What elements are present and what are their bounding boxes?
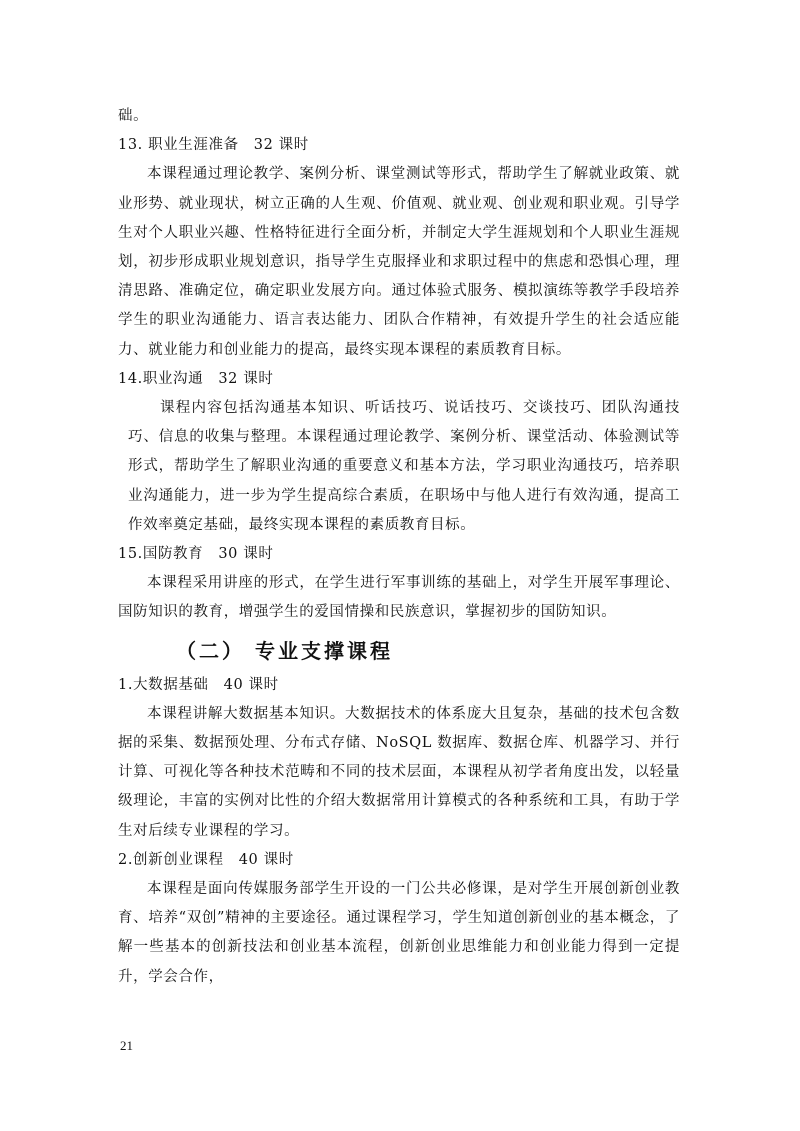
course-description: 本课程采用讲座的形式，在学生进行军事训练的基础上，对学生开展军事理论、国防知识的… xyxy=(118,569,680,627)
course-description: 本课程通过理论教学、案例分析、课堂测试等形式，帮助学生了解就业政策、就业形势、就… xyxy=(118,160,680,364)
course-title: 13. 职业生涯准备 32 课时 xyxy=(118,131,680,160)
continued-text: 础。 xyxy=(118,102,680,131)
course-description: 课程内容包括沟通基本知识、听话技巧、说话技巧、交谈技巧、团队沟通技巧、信息的收集… xyxy=(128,394,680,540)
document-page: 础。 13. 职业生涯准备 32 课时 本课程通过理论教学、案例分析、课堂测试等… xyxy=(0,0,800,1131)
course-title: 2.创新创业课程 40 课时 xyxy=(118,846,680,875)
course-description-block: 课程内容包括沟通基本知识、听话技巧、说话技巧、交谈技巧、团队沟通技巧、信息的收集… xyxy=(118,394,680,540)
course-title: 15.国防教育 30 课时 xyxy=(118,540,680,569)
page-number: 21 xyxy=(120,1038,133,1054)
course-title: 14.职业沟通 32 课时 xyxy=(118,365,680,394)
section-heading: （二） 专业支撑课程 xyxy=(176,635,680,667)
page-content: 础。 13. 职业生涯准备 32 课时 本课程通过理论教学、案例分析、课堂测试等… xyxy=(118,102,680,992)
course-title: 1.大数据基础 40 课时 xyxy=(118,671,680,700)
course-description: 本课程讲解大数据基本知识。大数据技术的体系庞大且复杂，基础的技术包含数据的采集、… xyxy=(118,700,680,846)
course-description: 本课程是面向传媒服务部学生开设的一门公共必修课，是对学生开展创新创业教育、培养“… xyxy=(118,875,680,992)
